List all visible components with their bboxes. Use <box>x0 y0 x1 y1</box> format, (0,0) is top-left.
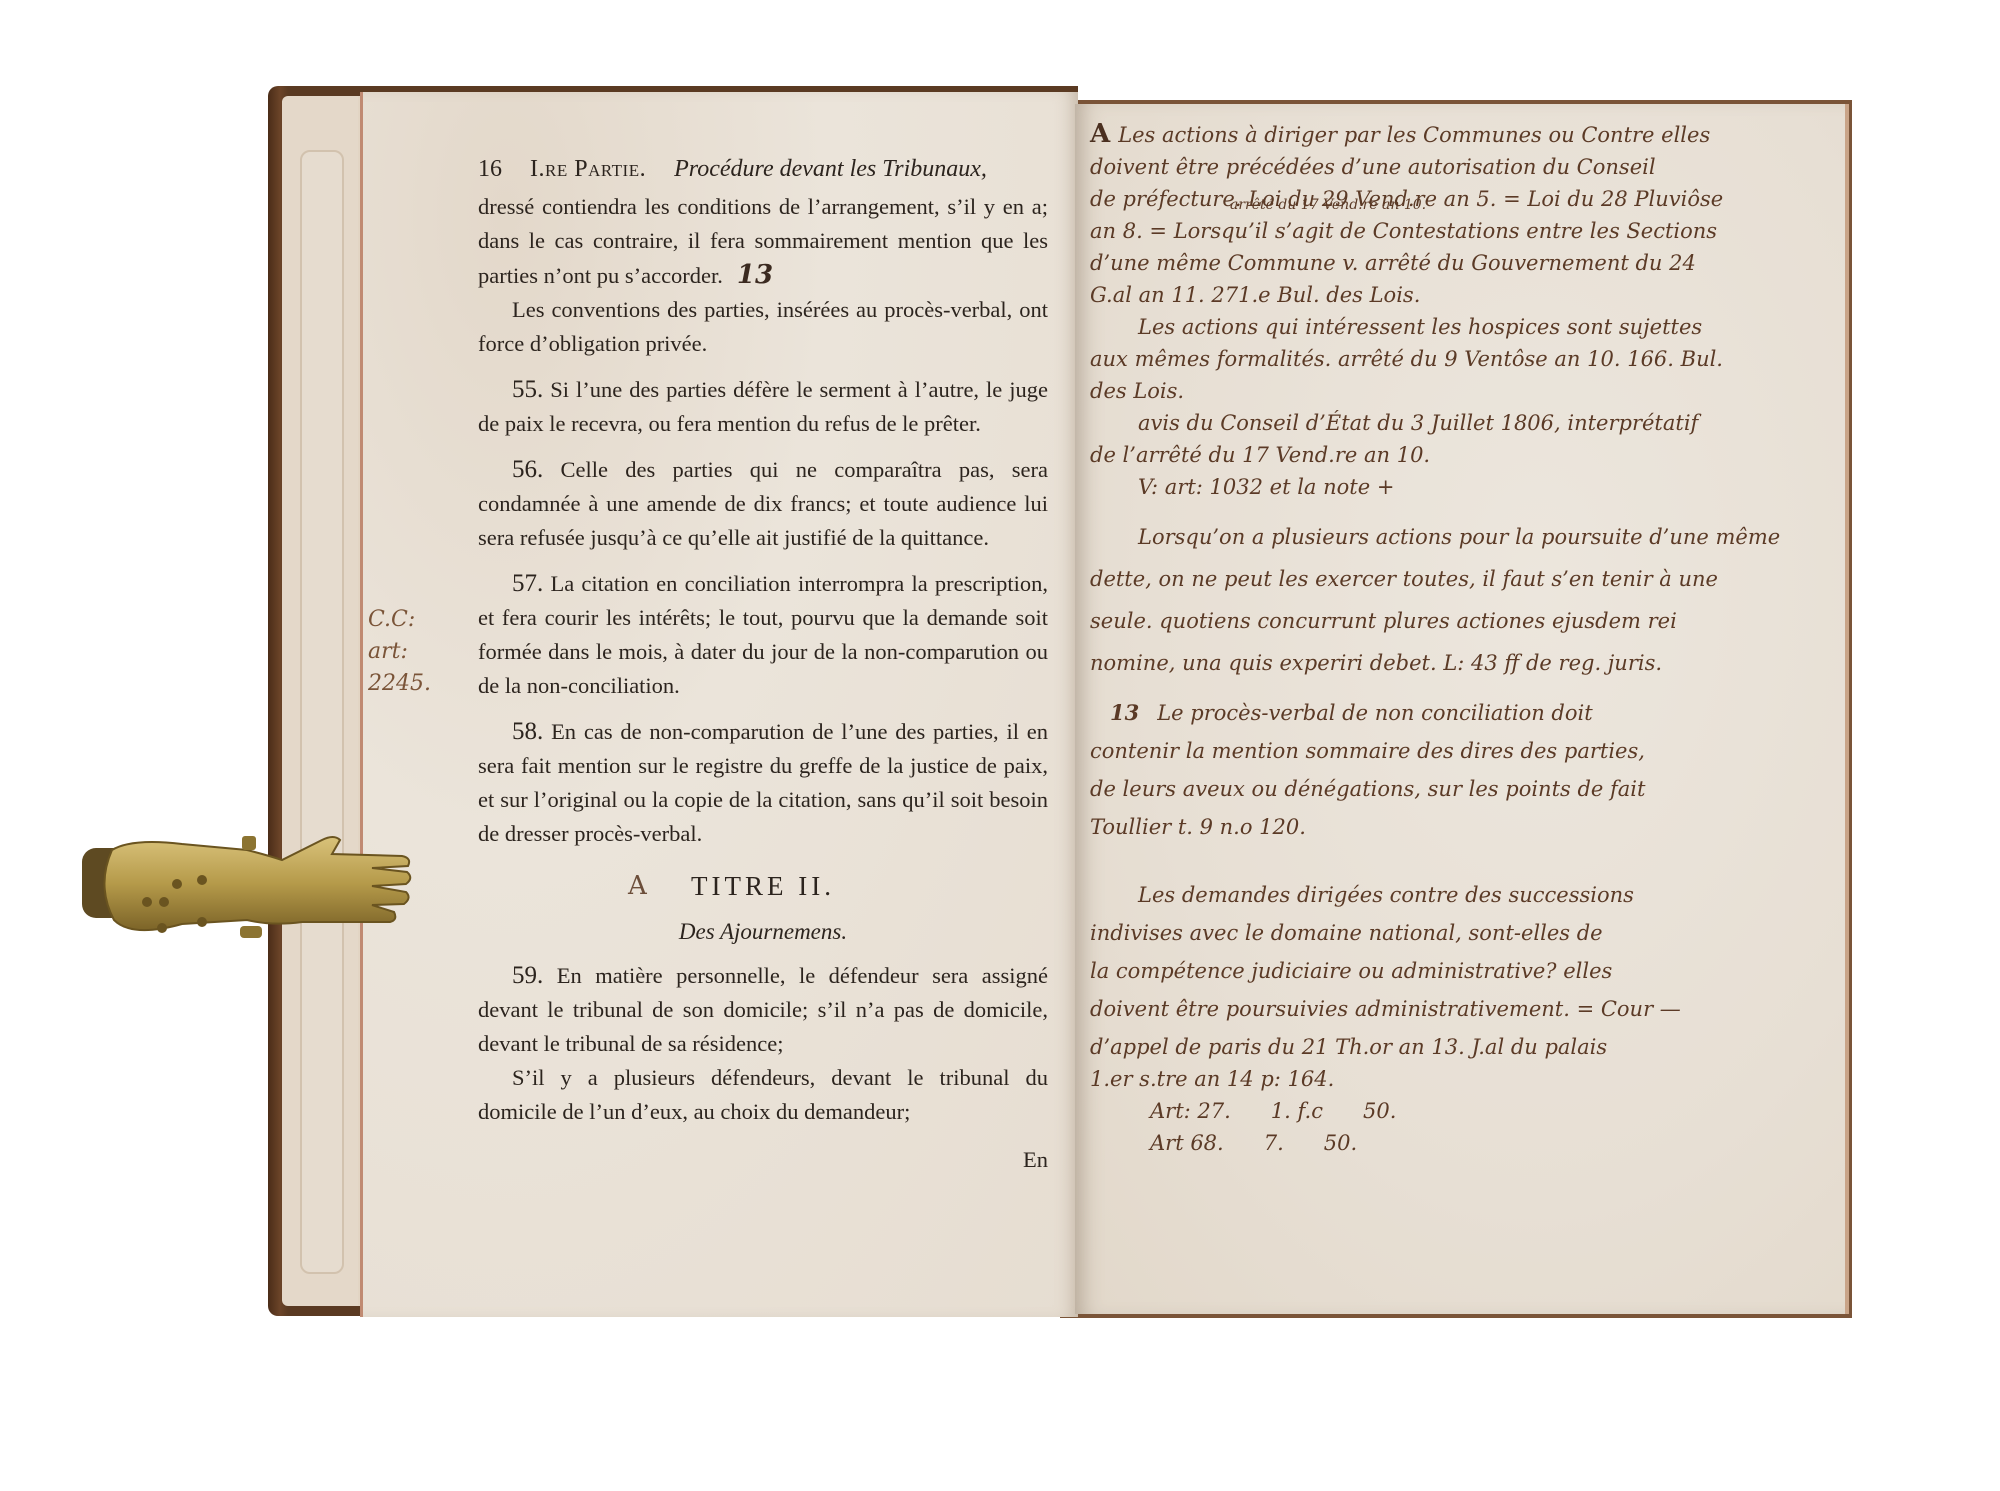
article-59-continuation: S’il y a plusieurs défendeurs, devant le… <box>478 1061 1048 1129</box>
running-head-part: I.re Partie. <box>530 152 646 186</box>
ms-line: Lorsqu’on a plusieurs actions pour la po… <box>1090 521 1835 553</box>
ms-line: Les demandes dirigées contre des success… <box>1090 879 1835 911</box>
article-59: 59. En matière personnelle, le défendeur… <box>478 959 1048 1061</box>
ms-line: avis du Conseil d’État du 3 Juillet 1806… <box>1090 407 1835 439</box>
ms-line: 1.er s.tre an 14 p: 164. <box>1090 1063 1835 1095</box>
page-number: 16 <box>478 152 502 186</box>
running-head: 16 I.re Partie. Procédure devant les Tri… <box>478 152 1048 186</box>
ms-line: contenir la mention sommaire des dires d… <box>1090 735 1835 767</box>
ms-line: indivises avec le domaine national, sont… <box>1090 917 1835 949</box>
ms-line: dette, on ne peut les exercer toutes, il… <box>1090 563 1835 595</box>
ms-line: d’appel de paris du 21 Th.or an 13. J.al… <box>1090 1031 1835 1063</box>
section-subtitle: Des Ajournemens. <box>478 915 1048 949</box>
ms-line: Toullier t. 9 n.o 120. <box>1090 811 1835 843</box>
ms-line: seule. quotiens concurrunt plures action… <box>1090 605 1835 637</box>
section-title: A TITRE II. <box>478 869 1048 903</box>
margin-annotation: C.C: art: 2245. <box>368 604 458 700</box>
handwritten-text-block: ALes actions à diriger par les Communes … <box>1090 118 1835 1159</box>
ms-line: de l’arrêté du 17 Vend.re an 10. <box>1090 439 1835 471</box>
page-stack-inner <box>300 150 344 1274</box>
ms-line: aux mêmes formalités. arrêté du 9 Ventôs… <box>1090 343 1835 375</box>
ms-line: V: art: 1032 et la note + <box>1090 471 1835 503</box>
ms-line: ALes actions à diriger par les Communes … <box>1090 118 1835 151</box>
paragraph: Les conventions des parties, insérées au… <box>478 293 1048 361</box>
handwritten-reference: 13 <box>737 260 773 290</box>
article-57: 57. La citation en conciliation interrom… <box>478 567 1048 703</box>
running-head-title: Procédure devant les Tribunaux, <box>674 152 987 186</box>
tariff-row: Art: 27. 1. f.c 50. <box>1090 1095 1835 1127</box>
ms-line: G.al an 11. 271.e Bul. des Lois. <box>1090 279 1835 311</box>
ms-line: Les actions qui intéressent les hospices… <box>1090 311 1835 343</box>
article-55: 55. Si l’une des parties défère le serme… <box>478 373 1048 441</box>
ms-line: an 8. = Lorsqu’il s’agit de Contestation… <box>1090 215 1835 247</box>
ms-line: la compétence judiciaire ou administrati… <box>1090 955 1835 987</box>
paragraph: dressé contiendra les conditions de l’ar… <box>478 190 1048 293</box>
open-book: C.C: art: 2245. 16 I.re Partie. Procédur… <box>0 0 2000 1491</box>
printed-text-block: 16 I.re Partie. Procédure devant les Tri… <box>478 152 1048 1177</box>
ms-line: des Lois. <box>1090 375 1835 407</box>
catchword: En <box>478 1143 1048 1177</box>
ms-line: de préfecture. Loi du 29 Vend.re an 5. =… <box>1090 183 1835 215</box>
handwritten-marker: A <box>628 869 647 903</box>
ms-line: d’une même Commune v. arrêté du Gouverne… <box>1090 247 1835 279</box>
article-58: 58. En cas de non-comparution de l’une d… <box>478 715 1048 851</box>
ms-line: nomine, una quis experiri debet. L: 43 f… <box>1090 647 1835 679</box>
ms-line: doivent être poursuivies administrativem… <box>1090 993 1835 1025</box>
handwritten-marker: A <box>1090 119 1110 149</box>
ms-line: 13Le procès-verbal de non conciliation d… <box>1090 697 1835 729</box>
brass-hand-clip-icon <box>72 810 412 950</box>
article-56: 56. Celle des parties qui ne comparaîtra… <box>478 453 1048 555</box>
ms-line: doivent être précédées d’une autorisatio… <box>1090 151 1835 183</box>
tariff-row: Art 68. 7. 50. <box>1090 1127 1835 1159</box>
ms-line: de leurs aveux ou dénégations, sur les p… <box>1090 773 1835 805</box>
